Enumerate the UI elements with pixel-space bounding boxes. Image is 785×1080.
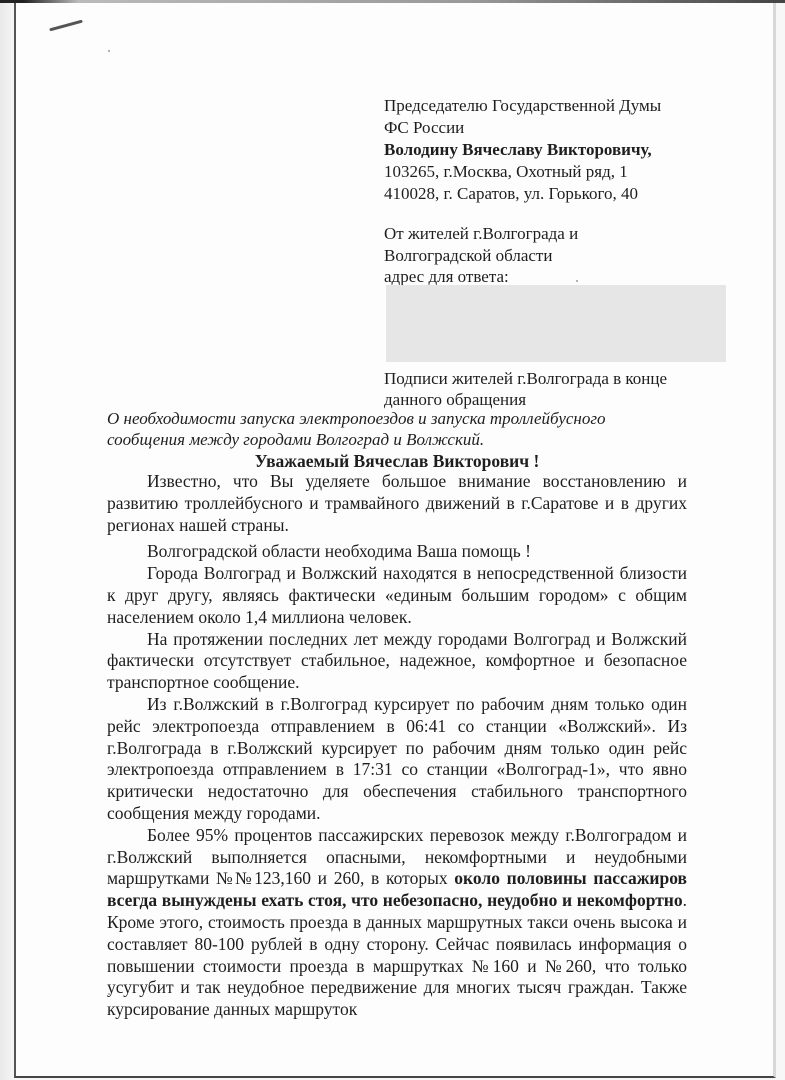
salutation: Уважаемый Вячеслав Викторович ! [107,451,687,472]
paragraph-4: На протяжении последних лет между города… [107,629,687,694]
recipient-name: Володину Вячеславу Викторовичу, [384,140,652,159]
recipient-address2: 410028, г. Саратов, ул. Горького, 40 [384,183,638,204]
signatures-line1: Подписи жителей г.Волгограда в конце [384,368,667,389]
scan-speck [576,280,578,282]
sender-line2: Волгоградской области [384,245,552,266]
letter-subject: О необходимости запуска электропоездов и… [107,408,687,450]
paragraph-6: Более 95% процентов пассажирских перевоз… [107,825,687,1021]
paragraph-2: Волгоградской области необходима Ваша по… [107,541,687,563]
signatures-line2: данного обращения [384,389,526,410]
scan-speck [108,993,110,995]
scan-top-edge [0,0,785,3]
paragraph-5: Из г.Волжский в г.Волгоград курсирует по… [107,694,687,825]
scan-left-margin [0,0,14,1080]
paragraph-3: Города Волгоград и Волжский находятся в … [107,563,687,628]
paragraph-1: Известно, что Вы уделяете большое вниман… [107,471,687,536]
recipient-line1: Председателю Государственной Думы [384,95,661,116]
sender-line1: От жителей г.Волгограда и [384,223,578,244]
reply-address-label: адрес для ответа: [384,266,509,287]
recipient-line2: ФС России [384,117,464,138]
redacted-address-box [386,285,726,362]
letter-body: Известно, что Вы уделяете большое вниман… [107,471,687,1021]
recipient-address1: 103265, г.Москва, Охотный ряд, 1 [384,161,628,182]
scan-speck [108,50,110,52]
